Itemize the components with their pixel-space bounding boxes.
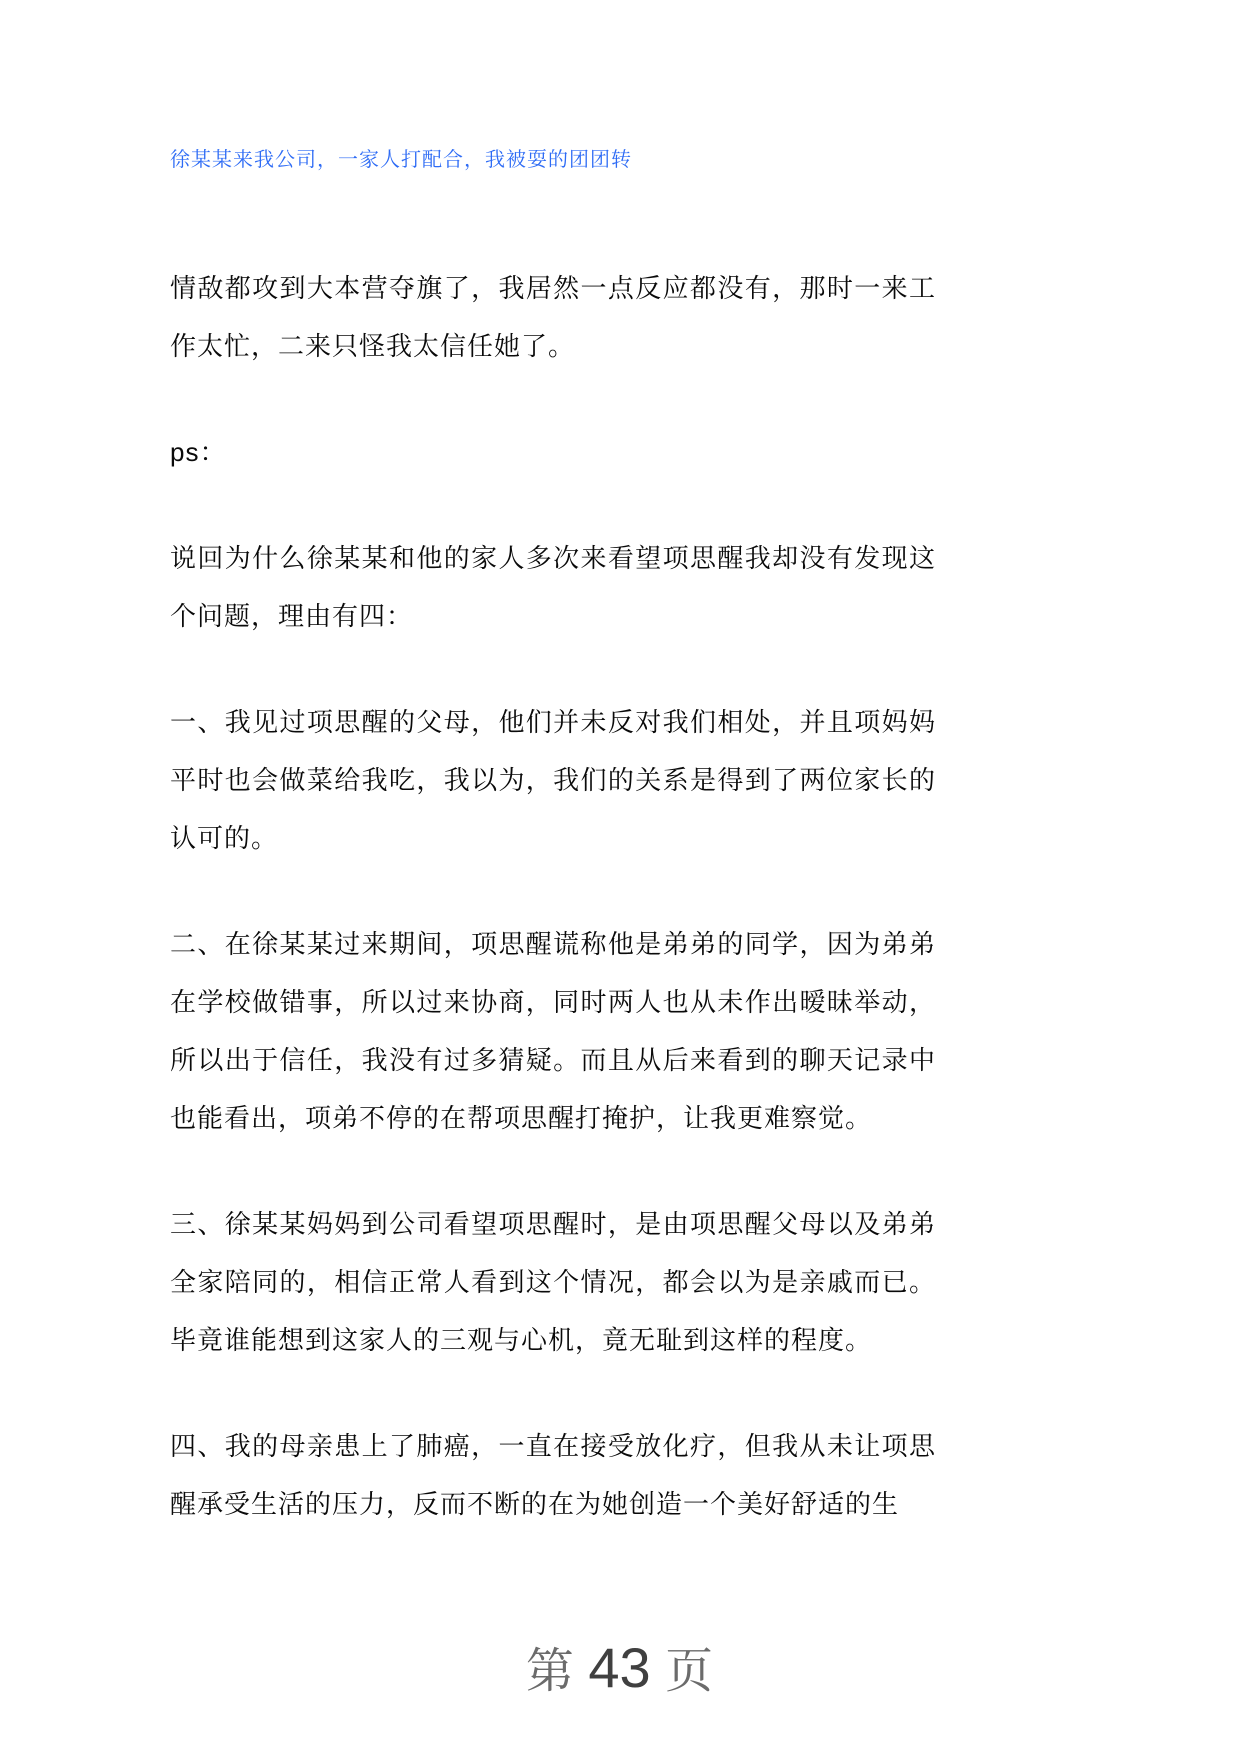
page-footer: 第 43 页 [0,1632,1239,1701]
page-number-prefix: 第 [526,1645,574,1698]
document-content: 徐某某来我公司，一家人打配合，我被耍的团团转 情敌都攻到大本营夺旗了，我居然一点… [170,146,936,1533]
paragraph: 四、我的母亲患上了肺癌，一直在接受放化疗，但我从未让项思醒承受生活的压力，反而不… [170,1417,936,1533]
paragraph: 说回为什么徐某某和他的家人多次来看望项思醒我却没有发现这个问题，理由有四： [170,529,936,645]
document-title: 徐某某来我公司，一家人打配合，我被耍的团团转 [170,146,936,174]
paragraph: 二、在徐某某过来期间，项思醒谎称他是弟弟的同学，因为弟弟在学校做错事，所以过来协… [170,915,936,1147]
paragraph: 三、徐某某妈妈到公司看望项思醒时，是由项思醒父母以及弟弟全家陪同的，相信正常人看… [170,1195,936,1369]
paragraph: 情敌都攻到大本营夺旗了，我居然一点反应都没有，那时一来工作太忙，二来只怪我太信任… [170,259,936,375]
page-number: 43 [588,1636,650,1699]
document-page: 徐某某来我公司，一家人打配合，我被耍的团团转 情敌都攻到大本营夺旗了，我居然一点… [0,0,1239,1752]
page-number-suffix: 页 [665,1645,713,1698]
document-body: 情敌都攻到大本营夺旗了，我居然一点反应都没有，那时一来工作太忙，二来只怪我太信任… [170,259,936,1533]
paragraph: 一、我见过项思醒的父母，他们并未反对我们相处，并且项妈妈平时也会做菜给我吃，我以… [170,693,936,867]
paragraph: ps： [170,423,936,481]
